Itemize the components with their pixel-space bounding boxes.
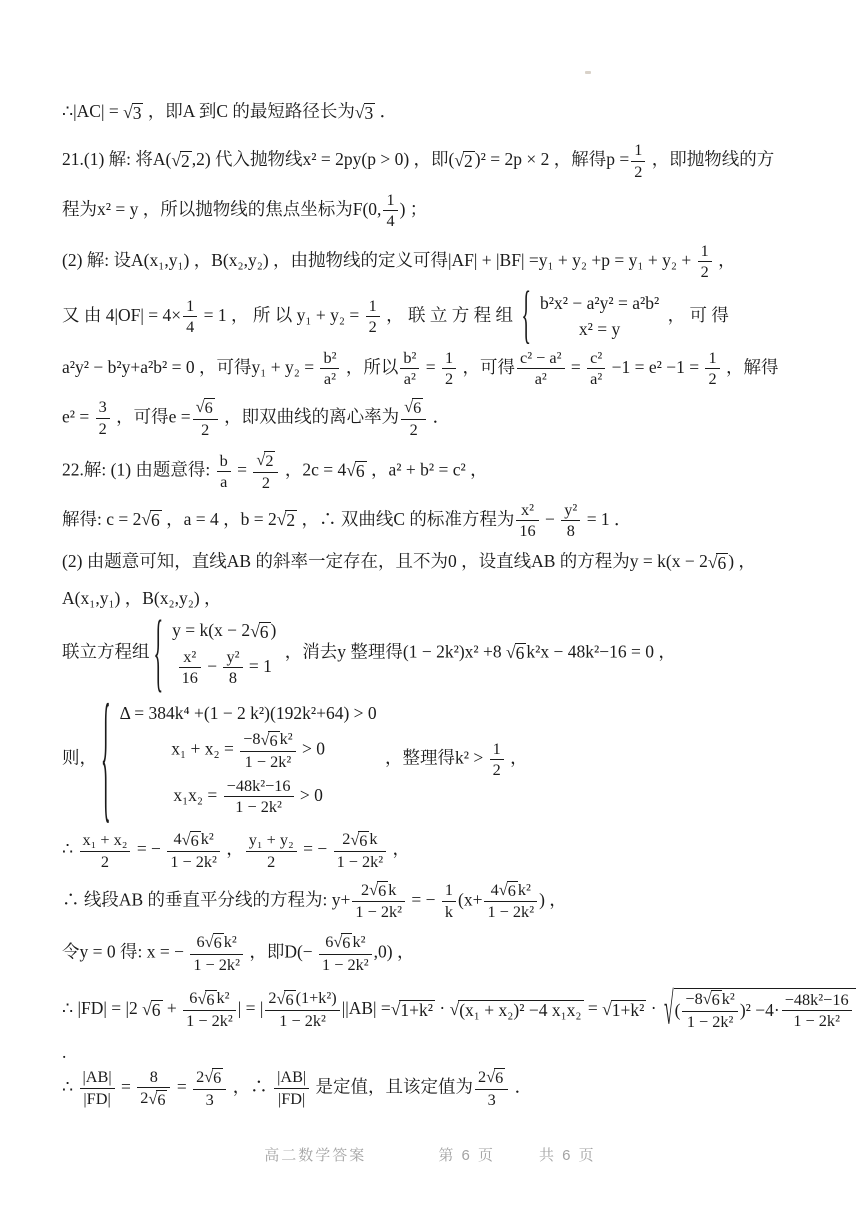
- sqrt-radical: √6: [148, 1090, 167, 1109]
- sqrt-radical: √6: [182, 831, 201, 850]
- sqrt-radical: √6: [499, 881, 518, 900]
- sqrt-radical: √2: [171, 151, 191, 172]
- math-line-18: .: [62, 1041, 860, 1064]
- denominator: 3: [475, 1090, 508, 1109]
- fraction: 2√6k1 − 2k²: [334, 830, 387, 871]
- fraction: y²8: [223, 648, 242, 687]
- system-row: x²16 − y²8 = 1: [177, 647, 272, 688]
- fraction: 12: [698, 242, 712, 281]
- fraction: 1k: [442, 881, 456, 920]
- fraction: 2√6(1+k²)1 − 2k²: [265, 989, 339, 1030]
- fraction: 12: [490, 740, 504, 779]
- radicand: 6: [150, 510, 162, 531]
- math-line-10: (2) 由题意可知，直线AB 的斜率一定存在，且不为0 ，设直线AB 的方程为y…: [62, 550, 860, 573]
- fraction: −48k²−161 − 2k²: [224, 777, 294, 816]
- system-row: b²x² − a²y² = a²b²: [540, 292, 659, 315]
- denominator: a²: [517, 369, 565, 388]
- denominator: 2: [80, 852, 131, 871]
- sqrt-radical: √6: [141, 510, 161, 531]
- radicand: 2: [264, 451, 275, 470]
- denominator: 8: [561, 521, 580, 540]
- sqrt-radical: √6: [196, 398, 215, 417]
- numerator: y²: [223, 648, 242, 668]
- left-brace: {: [154, 610, 164, 698]
- fraction: 12: [631, 141, 645, 180]
- denominator: 4: [183, 317, 197, 336]
- sqrt-radical: √(−8√6k²1 − 2k²)² −4· −48k²−161 − 2k²: [664, 988, 856, 1032]
- radicand: 6: [284, 990, 295, 1009]
- fraction: x²16: [179, 648, 201, 687]
- denominator: 2: [698, 262, 712, 281]
- system-rows: Δ = 384k⁴ +(1 − 2 k²)(192k²+64) > 0x₁ + …: [120, 702, 377, 817]
- system-row: y = k(x − 2√6): [172, 619, 276, 642]
- radicand: 6: [412, 398, 423, 417]
- denominator: a: [217, 472, 231, 491]
- radicand: 6: [190, 831, 201, 850]
- denominator: 2: [401, 420, 426, 439]
- answer-document: ∴|AC| = √3 ，即A 到C 的最短路径长为√3 ．21.(1) 解: 将…: [62, 100, 860, 1117]
- fraction: 12: [705, 349, 719, 388]
- math-line-19: ∴ |AB||FD| = 82√6 = 2√63 ，∴ |AB||FD| 是定值…: [62, 1067, 860, 1110]
- denominator: 1 − 2k²: [240, 752, 295, 771]
- radicand: 2: [285, 510, 297, 531]
- denominator: 2: [253, 473, 278, 492]
- system-rows: y = k(x − 2√6)x²16 − y²8 = 1: [172, 619, 276, 688]
- denominator: 2: [490, 760, 504, 779]
- fraction: 6√6k²1 − 2k²: [319, 933, 372, 974]
- fraction: y₁ + y₂2: [246, 831, 297, 870]
- numerator: 3: [96, 398, 110, 418]
- radicand: 1+k²: [399, 1000, 435, 1021]
- numerator: 4√6k²: [167, 830, 220, 852]
- numerator: √2: [253, 451, 278, 473]
- denominator: 1 − 2k²: [183, 1011, 236, 1030]
- sqrt-radical: √6: [250, 622, 270, 643]
- radicand: 3: [364, 103, 376, 124]
- sqrt-radical: √6: [486, 1068, 505, 1087]
- sqrt-radical: √6: [261, 731, 280, 750]
- math-line-4: (2) 解: 设A(x₁,y₁) ，B(x₂,y₂) ，由抛物线的定义可得|AF…: [62, 241, 860, 282]
- radicand: 6: [711, 990, 722, 1009]
- denominator: 1 − 2k²: [682, 1012, 737, 1031]
- numerator: 2√6: [193, 1068, 226, 1090]
- scan-artifact: [585, 71, 591, 74]
- numerator: b²: [400, 349, 419, 369]
- fraction: c²a²: [587, 349, 605, 388]
- fraction: 12: [442, 349, 456, 388]
- denominator: 1 − 2k²: [352, 902, 405, 921]
- denominator: 4: [383, 211, 397, 230]
- sqrt-radical: √6: [369, 881, 388, 900]
- numerator: 1: [366, 297, 380, 317]
- fraction: 12: [366, 297, 380, 336]
- numerator: 6√6k²: [190, 933, 243, 955]
- left-brace: {: [521, 284, 531, 349]
- numerator: |AB|: [80, 1068, 115, 1088]
- system-rows: b²x² − a²y² = a²b²x² = y: [540, 292, 659, 342]
- numerator: −48k²−16: [224, 777, 294, 797]
- sqrt-radical: √6: [404, 398, 423, 417]
- fraction: −8√6k²1 − 2k²: [682, 990, 737, 1031]
- fraction: ba: [217, 452, 231, 491]
- radicand: (−8√6k²1 − 2k²)² −4· −48k²−161 − 2k²: [674, 988, 856, 1032]
- system-row: x² = y: [579, 318, 620, 341]
- fraction: −8√6k²1 − 2k²: [240, 730, 295, 771]
- fraction: y²8: [561, 501, 580, 540]
- numerator: √6: [401, 398, 426, 420]
- numerator: c²: [587, 349, 605, 369]
- numerator: 2√6k: [352, 881, 405, 903]
- denominator: 2: [96, 419, 110, 438]
- math-line-8: 22.解: (1) 由题意得: ba = √22 ，2c = 4√6 ，a² +…: [62, 450, 860, 493]
- denominator: 2: [246, 852, 297, 871]
- math-line-17: ∴ |FD| = |2 √6 + 6√6k²1 − 2k²| = |2√6(1+…: [62, 988, 860, 1032]
- sqrt-radical: √6: [333, 933, 352, 952]
- denominator: 2: [193, 420, 218, 439]
- numerator: 1: [490, 740, 504, 760]
- numerator: 1: [631, 141, 645, 161]
- math-line-2: 21.(1) 解: 将A(√2,2) 代入抛物线x² = 2py(p > 0) …: [62, 140, 860, 181]
- radicand: 6: [377, 881, 388, 900]
- math-line-13: 则，{Δ = 384k⁴ +(1 − 2 k²)(192k²+64) > 0x₁…: [62, 700, 860, 819]
- equation-system: {Δ = 384k⁴ +(1 − 2 k²)(192k²+64) > 0x₁ +…: [101, 702, 377, 817]
- radicand: 6: [259, 622, 271, 643]
- numerator: 2√6: [475, 1068, 508, 1090]
- sqrt-radical: √6: [197, 990, 216, 1009]
- system-row: x₁x₂ = −48k²−161 − 2k² > 0: [173, 776, 323, 817]
- total-pages: 共 6 页: [539, 1144, 596, 1165]
- denominator: a²: [587, 369, 605, 388]
- radicand: 1+k²: [611, 1000, 647, 1021]
- doc-title: 高二数学答案: [264, 1144, 366, 1165]
- denominator: 1 − 2k²: [167, 852, 220, 871]
- radicand: 6: [205, 990, 216, 1009]
- numerator: x²: [516, 501, 538, 521]
- fraction: −48k²−161 − 2k²: [782, 991, 852, 1030]
- fraction: 14: [383, 191, 397, 230]
- numerator: 2√6k: [334, 830, 387, 852]
- numerator: 6√6k²: [183, 989, 236, 1011]
- denominator: 1 − 2k²: [484, 902, 537, 921]
- sqrt-radical: √6: [703, 990, 722, 1009]
- numerator: 1: [705, 349, 719, 369]
- denominator: 8: [223, 668, 242, 687]
- system-row: x₁ + x₂ = −8√6k²1 − 2k² > 0: [171, 729, 325, 772]
- fraction: 6√6k²1 − 2k²: [190, 933, 243, 974]
- fraction: 2√63: [193, 1068, 226, 1109]
- page-number: 第 6 页: [438, 1144, 495, 1165]
- radicand: 6: [151, 1000, 163, 1021]
- radicand: 6: [268, 731, 279, 750]
- numerator: 6√6k²: [319, 933, 372, 955]
- math-line-1: ∴|AC| = √3 ，即A 到C 的最短路径长为√3 ．: [62, 100, 860, 123]
- fraction: √62: [401, 398, 426, 439]
- denominator: 2: [631, 162, 645, 181]
- denominator: 1 − 2k²: [782, 1011, 852, 1030]
- radicand: 6: [515, 643, 527, 664]
- denominator: 2√6: [137, 1088, 170, 1109]
- system-row: Δ = 384k⁴ +(1 − 2 k²)(192k²+64) > 0: [120, 702, 377, 725]
- page-footer: 高二数学答案 第 6 页 共 6 页: [0, 1144, 860, 1165]
- fraction: |AB||FD|: [274, 1068, 309, 1107]
- math-line-12: 联立方程组{y = k(x − 2√6)x²16 − y²8 = 1 ，消去y …: [62, 617, 860, 690]
- radicand: 6: [156, 1090, 167, 1109]
- sqrt-radical: √2: [277, 510, 297, 531]
- denominator: 16: [516, 521, 538, 540]
- numerator: y²: [561, 501, 580, 521]
- denominator: 3: [193, 1090, 226, 1109]
- math-line-14: ∴ x₁ + x₂2 = − 4√6k²1 − 2k² ，y₁ + y₂2 = …: [62, 829, 860, 872]
- denominator: 2: [442, 369, 456, 388]
- fraction: b²a²: [400, 349, 419, 388]
- denominator: k: [442, 902, 456, 921]
- radicand: 6: [507, 881, 518, 900]
- sqrt-radical: √6: [506, 643, 526, 664]
- math-line-15: ∴ 线段AB 的垂直平分线的方程为: y+2√6k1 − 2k² = − 1k(…: [62, 880, 860, 923]
- sqrt-radical: √3: [355, 103, 375, 124]
- radicand: 6: [358, 831, 369, 850]
- radicand: 6: [213, 933, 224, 952]
- sqrt-radical: √(x₁ + x₂)² −4 x₁x₂: [450, 1000, 584, 1021]
- radicand: 6: [212, 1068, 223, 1087]
- sqrt-radical: √3: [123, 103, 143, 124]
- denominator: |FD|: [274, 1089, 309, 1108]
- fraction: 82√6: [137, 1068, 170, 1109]
- sqrt-radical: √6: [708, 553, 728, 574]
- fraction: x²16: [516, 501, 538, 540]
- equation-system: {b²x² − a²y² = a²b²x² = y: [521, 292, 659, 342]
- radicand: 3: [132, 103, 144, 124]
- radicand: 6: [341, 933, 352, 952]
- sqrt-radical: √6: [204, 1068, 223, 1087]
- numerator: √6: [193, 398, 218, 420]
- denominator: 1 − 2k²: [190, 955, 243, 974]
- left-brace: {: [101, 687, 111, 832]
- numerator: −8√6k²: [682, 990, 737, 1012]
- numerator: 2√6(1+k²): [265, 989, 339, 1011]
- numerator: y₁ + y₂: [246, 831, 297, 851]
- fraction: 32: [96, 398, 110, 437]
- math-line-16: 令y = 0 得: x = − 6√6k²1 − 2k² ，即D(− 6√6k²…: [62, 932, 860, 975]
- fraction: b²a²: [320, 349, 339, 388]
- sqrt-radical: √2: [454, 151, 474, 172]
- numerator: −48k²−16: [782, 991, 852, 1011]
- sqrt-radical: √2: [256, 451, 275, 470]
- denominator: 2: [705, 369, 719, 388]
- numerator: 4√6k²: [484, 881, 537, 903]
- numerator: 1: [442, 349, 456, 369]
- sqrt-radical: √1+k²: [391, 1000, 435, 1021]
- numerator: b²: [320, 349, 339, 369]
- numerator: 1: [383, 191, 397, 211]
- radical-sign: √: [664, 984, 674, 1035]
- numerator: 1: [442, 881, 456, 901]
- fraction: 4√6k²1 − 2k²: [484, 881, 537, 922]
- sqrt-radical: √6: [142, 1000, 162, 1021]
- numerator: b: [217, 452, 231, 472]
- denominator: a²: [320, 369, 339, 388]
- numerator: 1: [183, 297, 197, 317]
- denominator: 16: [179, 668, 201, 687]
- math-line-6: a²y² − b²y+a²b² = 0 ，可得y₁ + y₂ = b²a² ，所…: [62, 348, 860, 389]
- sqrt-radical: √6: [205, 933, 224, 952]
- radicand: 2: [463, 151, 475, 172]
- numerator: |AB|: [274, 1068, 309, 1088]
- numerator: x²: [179, 648, 201, 668]
- fraction: |AB||FD|: [80, 1068, 115, 1107]
- sqrt-radical: √1+k²: [602, 1000, 646, 1021]
- sqrt-radical: √6: [346, 461, 366, 482]
- denominator: 1 − 2k²: [224, 797, 294, 816]
- numerator: −8√6k²: [240, 730, 295, 752]
- denominator: 1 − 2k²: [319, 955, 372, 974]
- radicand: (x₁ + x₂)² −4 x₁x₂: [458, 1000, 583, 1021]
- math-line-7: e² = 32 ，可得e =√62 ，即双曲线的离心率为√62 ．: [62, 397, 860, 440]
- radicand: 2: [180, 151, 192, 172]
- sqrt-radical: √6: [277, 990, 296, 1009]
- denominator: a²: [400, 369, 419, 388]
- numerator: 8: [137, 1068, 170, 1088]
- fraction: 4√6k²1 − 2k²: [167, 830, 220, 871]
- numerator: c² − a²: [517, 349, 565, 369]
- fraction: 14: [183, 297, 197, 336]
- math-line-11: A(x₁,y₁) ，B(x₂,y₂) ，: [62, 587, 860, 610]
- denominator: 1 − 2k²: [265, 1011, 339, 1030]
- radicand: 6: [494, 1068, 505, 1087]
- math-line-3: 程为x² = y ，所以抛物线的焦点坐标为F(0,14) ；: [62, 190, 860, 231]
- fraction: 2√6k1 − 2k²: [352, 881, 405, 922]
- denominator: 2: [366, 317, 380, 336]
- radicand: 6: [716, 553, 728, 574]
- sqrt-radical: √6: [350, 831, 369, 850]
- fraction: 2√63: [475, 1068, 508, 1109]
- fraction: √22: [253, 451, 278, 492]
- radicand: 6: [355, 461, 367, 482]
- math-line-9: 解得: c = 2√6 ，a = 4 ，b = 2√2 ，∴ 双曲线C 的标准方…: [62, 500, 860, 541]
- denominator: |FD|: [80, 1089, 115, 1108]
- equation-system: {y = k(x − 2√6)x²16 − y²8 = 1: [154, 619, 277, 688]
- fraction: 6√6k²1 − 2k²: [183, 989, 236, 1030]
- fraction: c² − a²a²: [517, 349, 565, 388]
- denominator: 1 − 2k²: [334, 852, 387, 871]
- page: ∴|AC| = √3 ，即A 到C 的最短路径长为√3 ．21.(1) 解: 将…: [0, 0, 860, 1218]
- fraction: √62: [193, 398, 218, 439]
- numerator: 1: [698, 242, 712, 262]
- radicand: 6: [204, 398, 215, 417]
- math-line-5: 又 由 4|OF| = 4×14 = 1 ， 所 以 y₁ + y₂ = 12 …: [62, 290, 860, 344]
